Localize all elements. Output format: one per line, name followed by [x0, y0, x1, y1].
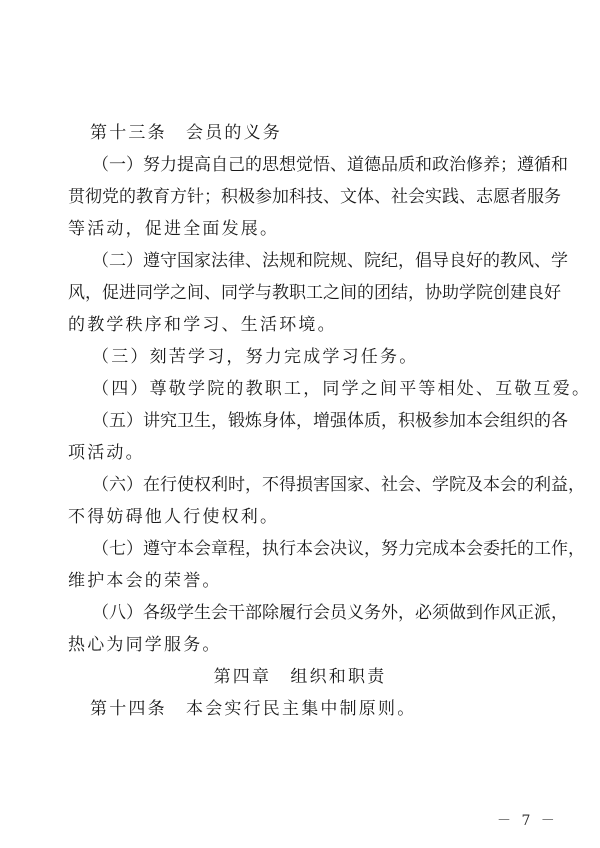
- item-2-line-3: 的教学秩序和学习、生活环境。: [68, 315, 337, 335]
- item-1-line-3: 等活动，促进全面发展。: [68, 219, 279, 239]
- chapter-4-heading: 第四章 组织和职责: [0, 667, 600, 687]
- item-2-line-1: （二）遵守国家法律、法规和院规、院纪，倡导良好的教风、学: [92, 251, 518, 271]
- item-4-line-1: （四）尊敬学院的教职工，同学之间平等相处、互敬互爱。: [92, 379, 591, 399]
- item-7-line-1: （七）遵守本会章程，执行本会决议，努力完成本会委托的工作，: [92, 539, 518, 559]
- article-14-text: 第十四条 本会实行民主集中制原则。: [90, 699, 416, 719]
- document-page: 第十三条 会员的义务 （一）努力提高自己的思想觉悟、道德品质和政治修养；遵循和 …: [0, 0, 600, 848]
- item-2-line-2: 风，促进同学之间、同学与教职工之间的团结，协助学院创建良好: [68, 283, 518, 303]
- item-7-line-2: 维护本会的荣誉。: [68, 571, 222, 591]
- item-6-line-2: 不得妨碍他人行使权利。: [68, 507, 279, 527]
- page-number: － 7 －: [497, 810, 558, 830]
- item-6-line-1: （六）在行使权利时，不得损害国家、社会、学院及本会的利益，: [92, 475, 518, 495]
- item-1-line-2: 贯彻党的教育方针；积极参加科技、文体、社会实践、志愿者服务: [68, 187, 518, 207]
- item-5-line-1: （五）讲究卫生，锻炼身体，增强体质，积极参加本会组织的各: [92, 411, 518, 431]
- item-1-line-1: （一）努力提高自己的思想觉悟、道德品质和政治修养；遵循和: [92, 155, 518, 175]
- item-8-line-2: 热心为同学服务。: [68, 635, 222, 655]
- article-13-heading: 第十三条 会员的义务: [90, 123, 282, 143]
- item-8-line-1: （八）各级学生会干部除履行会员义务外，必须做到作风正派，: [92, 603, 518, 623]
- item-5-line-2: 项活动。: [68, 443, 145, 463]
- item-3-line-1: （三）刻苦学习，努力完成学习任务。: [92, 347, 418, 367]
